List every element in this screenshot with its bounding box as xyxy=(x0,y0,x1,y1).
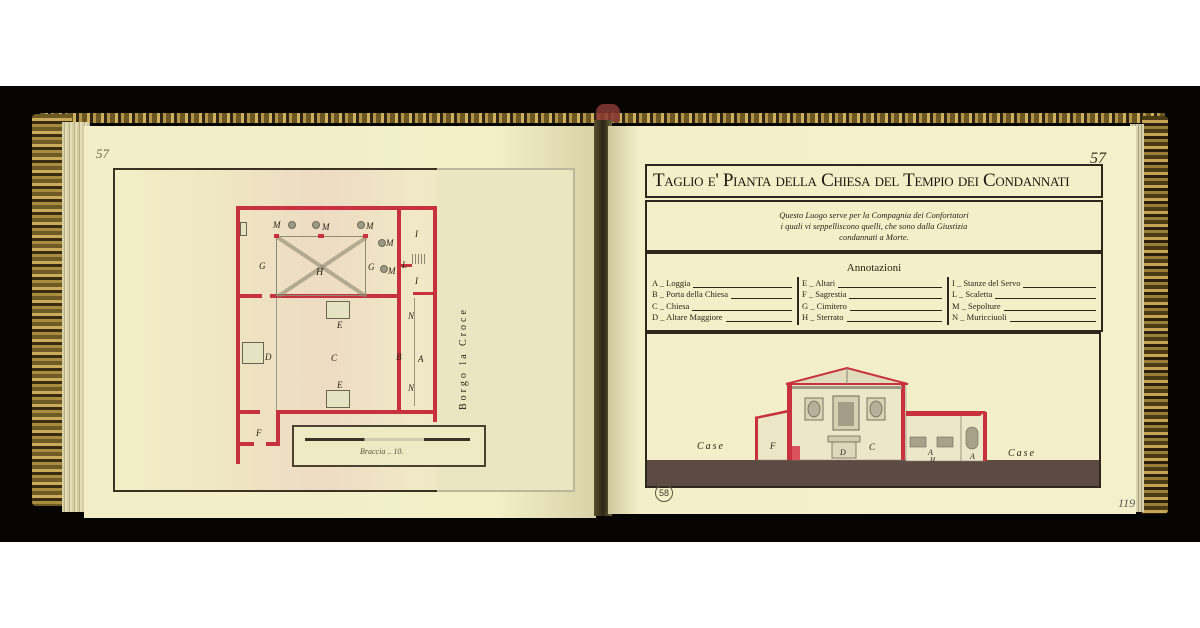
elevation-label-d: D xyxy=(840,448,848,457)
elevation-label-f: F xyxy=(770,441,778,451)
library-stamp: 58 xyxy=(655,484,673,502)
elevation-label-h: H xyxy=(930,456,937,464)
church-section-icon xyxy=(0,0,1200,628)
elevation-label-case-right: Case xyxy=(1008,448,1036,459)
elevation-label-case-left: Case xyxy=(697,441,725,452)
elevation-label-a: A xyxy=(970,452,977,461)
bottom-folio-number: 119 xyxy=(1118,496,1135,511)
elevation-label-c: C xyxy=(869,442,877,452)
